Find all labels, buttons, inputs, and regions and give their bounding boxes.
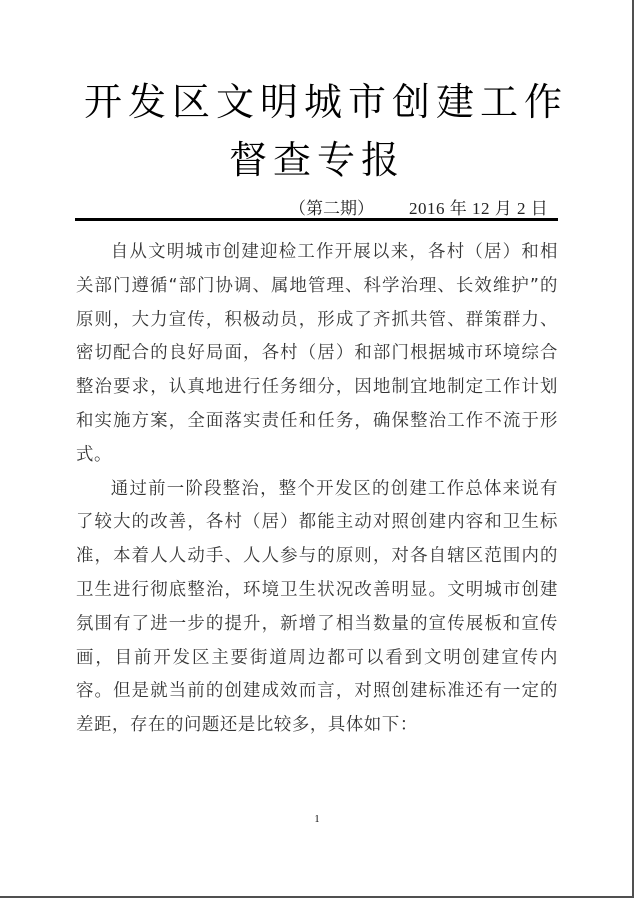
issue-info: （第二期） 2016 年 12 月 2 日 (0, 194, 634, 216)
document-title-line-1: 开发区文明城市创建工作 (0, 82, 634, 122)
paragraph-2: 通过前一阶段整治，整个开发区的创建工作总体来说有了较大的改善，各村（居）都能主动… (76, 473, 558, 743)
header-divider (75, 218, 558, 221)
document-page: 开发区文明城市创建工作 督查专报 （第二期） 2016 年 12 月 2 日 自… (0, 0, 634, 898)
document-body: 自从文明城市创建迎检工作开展以来，各村（居）和相关部门遵循“部门协调、属地管理、… (76, 236, 558, 743)
issue-number: （第二期） (289, 194, 374, 219)
issue-date: 2016 年 12 月 2 日 (409, 194, 548, 219)
document-title-line-2: 督查专报 (0, 140, 634, 180)
page-number: 1 (0, 814, 634, 825)
paragraph-1: 自从文明城市创建迎检工作开展以来，各村（居）和相关部门遵循“部门协调、属地管理、… (76, 236, 558, 473)
